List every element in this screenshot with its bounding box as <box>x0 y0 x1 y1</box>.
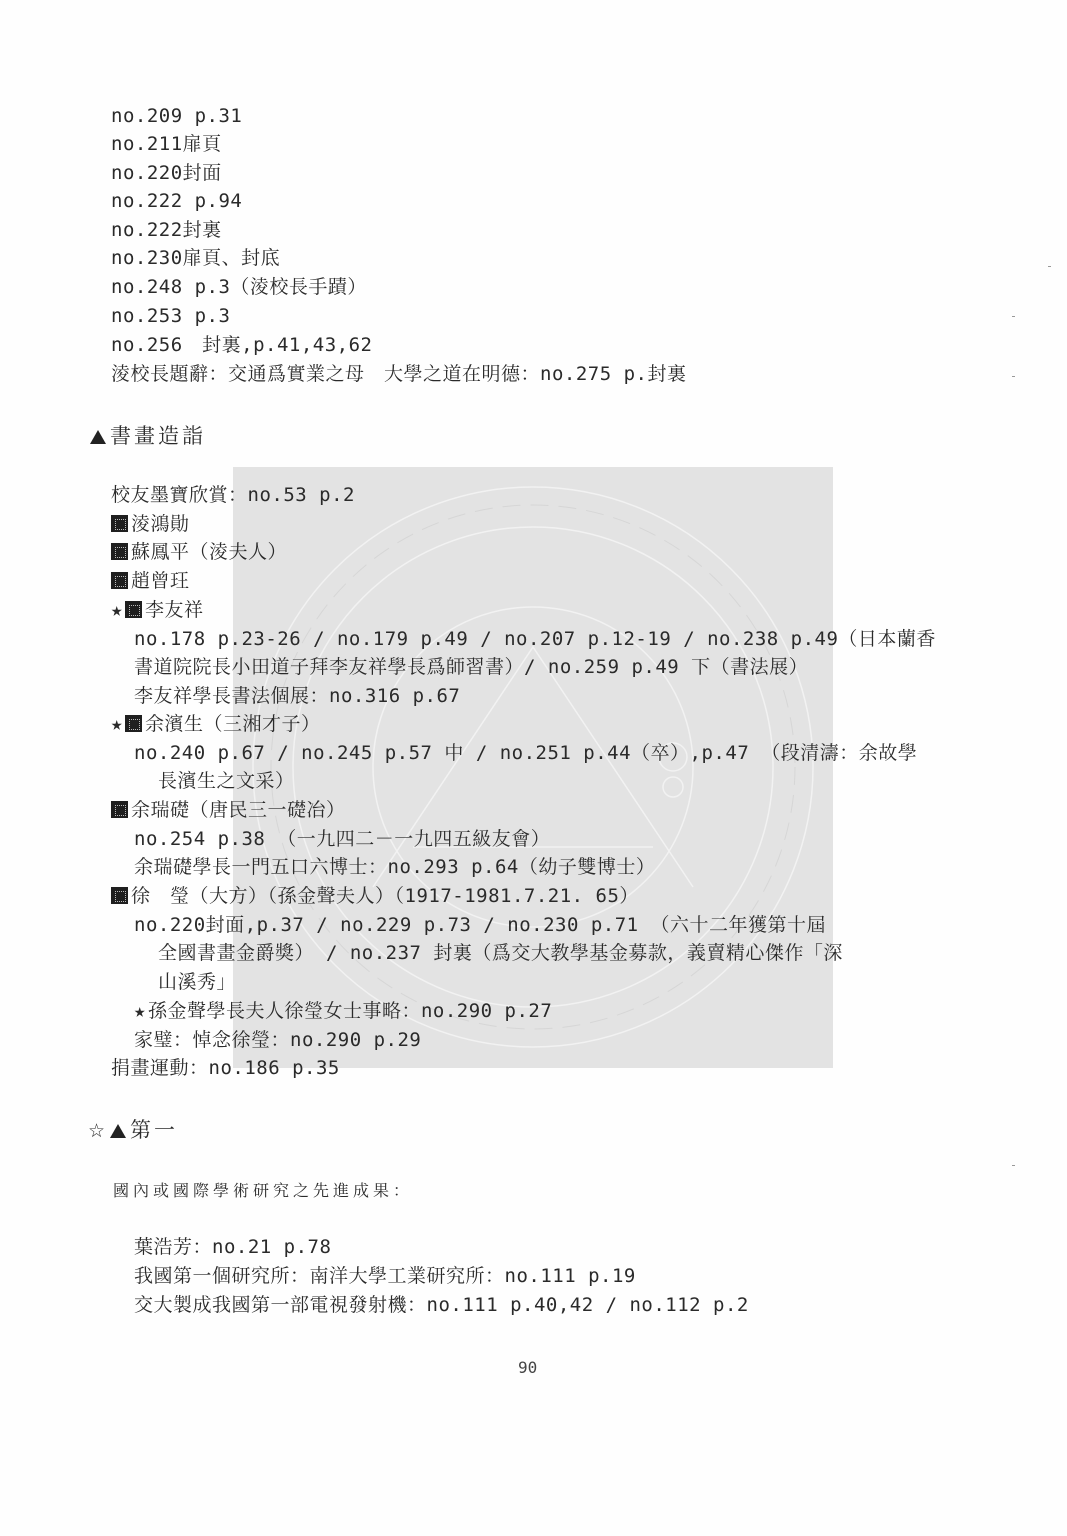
index-entry: no.240 p.67 / no.245 p.57 中 / no.251 p.4… <box>134 739 917 767</box>
star-filled-icon: ★ <box>111 599 123 621</box>
section-heading-text: 第一 <box>130 1118 178 1142</box>
seal-icon <box>111 887 128 904</box>
index-entry: ★孫金聲學長夫人徐瑩女士事略：no.290 p.27 <box>134 997 552 1025</box>
section-heading-firsts: ☆第一 <box>88 1116 178 1145</box>
index-entry: 捐畫運動：no.186 p.35 <box>111 1054 340 1082</box>
seal-icon <box>111 515 128 532</box>
index-entry: 李友祥學長書法個展：no.316 p.67 <box>134 682 460 710</box>
index-entry: no.222封裏 <box>111 216 222 244</box>
index-entry: 我國第一個研究所：南洋大學工業研究所：no.111 p.19 <box>134 1262 636 1290</box>
person-name: 余瑞礎（唐民三一礎冶） <box>131 799 346 821</box>
page-number: 90 <box>518 1358 537 1377</box>
person-entry: ★李友祥 <box>111 596 203 624</box>
seal-icon <box>111 572 128 589</box>
index-entry: no.220封面 <box>111 159 222 187</box>
person-name: 淩鴻勛 <box>131 513 190 535</box>
entry-text: 孫金聲學長夫人徐瑩女士事略：no.290 p.27 <box>148 1000 552 1022</box>
index-entry: 葉浩芳：no.21 p.78 <box>134 1233 331 1261</box>
person-entry: 淩鴻勛 <box>111 510 190 538</box>
triangle-icon <box>90 430 106 444</box>
index-entry: no.230扉頁、封底 <box>111 244 280 272</box>
scan-speck <box>1012 1165 1015 1166</box>
seal-icon <box>111 801 128 818</box>
person-entry: 蘇鳳平（淩夫人） <box>111 538 287 566</box>
index-entry: 交大製成我國第一部電視發射機：no.111 p.40,42 / no.112 p… <box>134 1291 749 1319</box>
person-name: 蘇鳳平（淩夫人） <box>131 541 287 563</box>
index-entry: 長濱生之文采） <box>158 767 295 795</box>
index-entry: no.254 p.38 （一九四二－一九四五級友會） <box>134 825 550 853</box>
person-name: 趙曾玨 <box>131 570 190 592</box>
section-heading-text: 書畫造詣 <box>110 424 206 448</box>
star-filled-icon: ★ <box>111 713 123 735</box>
index-entry: no.222 p.94 <box>111 187 242 215</box>
person-entry: 徐 瑩（大方）（孫金聲夫人）（1917-1981.7.21. 65） <box>111 882 639 910</box>
index-entry: 校友墨寶欣賞：no.53 p.2 <box>111 481 355 509</box>
index-entry: no.209 p.31 <box>111 102 242 130</box>
emblem-watermark-icon <box>233 467 833 1068</box>
seal-icon <box>125 715 142 732</box>
index-entry: no.220封面,p.37 / no.229 p.73 / no.230 p.7… <box>134 911 826 939</box>
index-entry: 山溪秀」 <box>158 968 236 996</box>
index-entry: 余瑞礎學長一門五口六博士：no.293 p.64（幼子雙博士） <box>134 853 655 881</box>
index-entry: 淩校長題辭：交通爲實業之母 大學之道在明德：no.275 p.封裏 <box>111 360 686 388</box>
scan-speck <box>1012 376 1015 377</box>
person-name: 徐 瑩（大方）（孫金聲夫人）（1917-1981.7.21. 65） <box>131 885 639 907</box>
section-subheading: 國內或國際學術研究之先進成果： <box>113 1177 413 1205</box>
index-entry: no.178 p.23-26 / no.179 p.49 / no.207 p.… <box>134 625 936 653</box>
index-entry: no.248 p.3（淩校長手蹟） <box>111 273 367 301</box>
person-name: 余濱生（三湘才子） <box>145 713 321 735</box>
index-entry: 書道院院長小田道子拜李友祥學長爲師習書）/ no.259 p.49 下（書法展） <box>134 653 808 681</box>
star-filled-icon: ★ <box>134 1000 146 1022</box>
scan-speck <box>1012 316 1015 317</box>
index-entry: no.253 p.3 <box>111 302 230 330</box>
seal-icon <box>125 601 142 618</box>
triangle-icon <box>110 1124 126 1138</box>
seal-icon <box>111 543 128 560</box>
star-outline-icon: ☆ <box>88 1120 108 1142</box>
section-heading-calligraphy: 書畫造詣 <box>90 422 206 450</box>
person-name: 李友祥 <box>145 599 204 621</box>
index-entry: 家璧：悼念徐瑩：no.290 p.29 <box>134 1026 421 1054</box>
person-entry: 余瑞礎（唐民三一礎冶） <box>111 796 346 824</box>
scan-speck <box>1048 266 1051 267</box>
person-entry: 趙曾玨 <box>111 567 190 595</box>
index-entry: 全國書畫金爵獎） / no.237 封裏（爲交大教學基金募款，義賣精心傑作「深 <box>158 939 843 967</box>
person-entry: ★余濱生（三湘才子） <box>111 710 320 738</box>
index-entry: no.256 封裏,p.41,43,62 <box>111 331 372 359</box>
index-entry: no.211扉頁 <box>111 130 222 158</box>
library-watermark <box>233 467 833 1068</box>
